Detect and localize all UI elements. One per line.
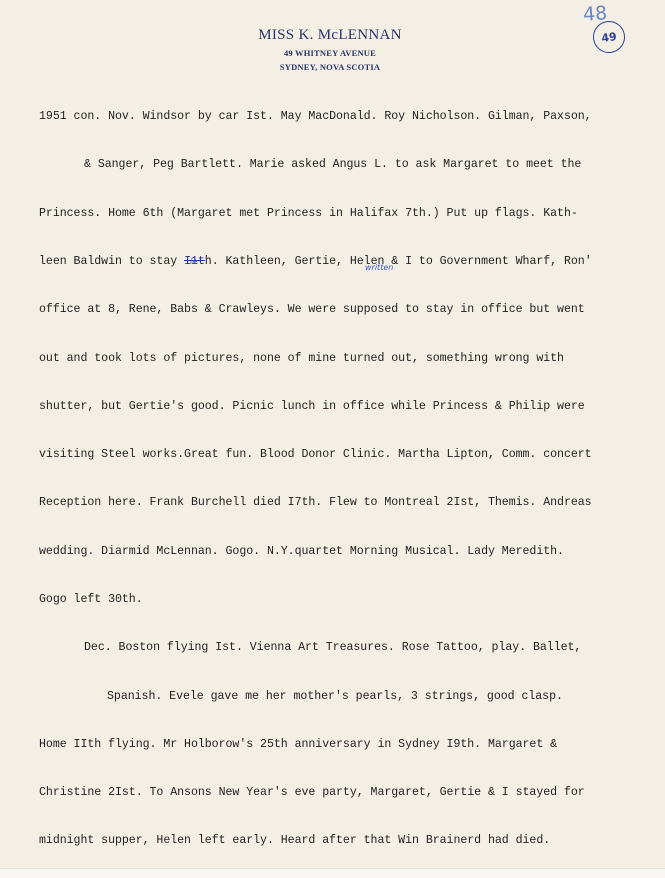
letterhead-address-city: SYDNEY, NOVA SCOTIA <box>240 61 420 73</box>
letterhead-name: MISS K. McLENNAN <box>240 26 420 44</box>
text-line: office at 8, Rene, Babs & Crawleys. We w… <box>39 302 659 318</box>
text-line: visiting Steel works.Great fun. Blood Do… <box>39 447 659 463</box>
text-line: out and took lots of pictures, none of m… <box>39 351 659 367</box>
letterhead-address-street: 49 WHITNEY AVENUE <box>240 47 420 59</box>
text-line: midnight supper, Helen left early. Heard… <box>39 833 659 849</box>
text-fragment: h. Kathleen, Gertie, Helen & I to Govern… <box>205 255 592 268</box>
ink-insertion-pearls: written <box>365 263 393 272</box>
text-line: Princess. Home 6th (Margaret met Princes… <box>39 206 659 222</box>
ink-insertion-eve: ie <box>190 257 197 266</box>
text-line: shutter, but Gertie's good. Picnic lunch… <box>39 399 659 415</box>
text-line: Reception here. Frank Burchell died I7th… <box>39 495 659 511</box>
document-page: MISS K. McLENNAN 49 WHITNEY AVENUE SYDNE… <box>0 0 665 869</box>
text-line: & Sanger, Peg Bartlett. Marie asked Angu… <box>39 157 659 173</box>
text-line: wedding. Diarmid McLennan. Gogo. N.Y.qua… <box>39 544 659 560</box>
text-fragment: leen Baldwin to stay <box>39 255 184 268</box>
diary-body: 1951 con. Nov. Windsor by car Ist. May M… <box>39 77 659 878</box>
letterhead: MISS K. McLENNAN 49 WHITNEY AVENUE SYDNE… <box>240 26 420 73</box>
text-line: Christine 2Ist. To Ansons New Year's eve… <box>39 785 659 801</box>
text-line: Spanish. Evele gave me her mother's pear… <box>39 689 659 705</box>
text-line: Dec. Boston flying Ist. Vienna Art Treas… <box>39 640 659 656</box>
text-line: 1951 con. Nov. Windsor by car Ist. May M… <box>39 109 659 125</box>
text-line-with-correction: leen Baldwin to stay I1th. Kathleen, Ger… <box>39 254 659 270</box>
text-line: Home IIth flying. Mr Holborow's 25th ann… <box>39 737 659 753</box>
text-line: Gogo left 30th. <box>39 592 659 608</box>
